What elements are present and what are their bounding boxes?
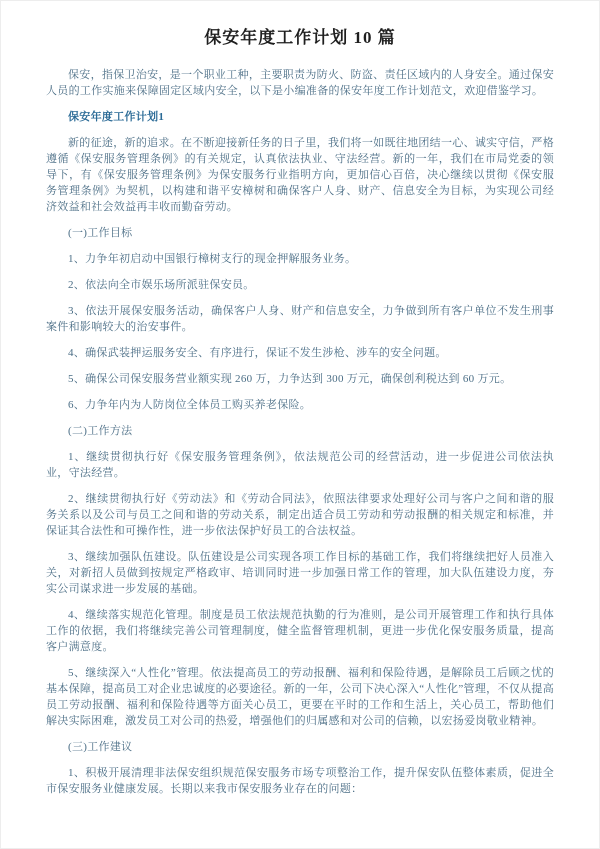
paragraph: 1、积极开展清理非法保安组织规范保安服务市场专项整治工作，提升保安队伍整体素质，… [46, 765, 554, 797]
paragraph: 1、继续贯彻执行好《保安服务管理条例》，依法规范公司的经营活动，进一步促进公司依… [46, 449, 554, 481]
paragraph: (三)工作建议 [46, 739, 554, 755]
paragraph: 4、确保武装押运服务安全、有序进行，保证不发生涉枪、涉车的安全问题。 [46, 345, 554, 361]
paragraph: 3、继续加强队伍建设。队伍建设是公司实现各项工作目标的基础工作，我们将继续把好人… [46, 549, 554, 597]
document-page: 保安年度工作计划 10 篇 保安，指保卫治安，是一个职业工种，主要职责为防火、防… [0, 0, 600, 849]
paragraph: 1、力争年初启动中国银行樟树支行的现金押解服务业务。 [46, 251, 554, 267]
paragraph: 4、继续落实规范化管理。制度是员工依法规范执勤的行为准则，是公司开展管理工作和执… [46, 607, 554, 655]
section-heading: 保安年度工作计划1 [46, 109, 554, 125]
paragraph: 5、继续深入“人性化”管理。依法提高员工的劳动报酬、福利和保险待遇，是解除员工后… [46, 665, 554, 729]
paragraph: 6、力争年内为人防岗位全体员工购买养老保险。 [46, 397, 554, 413]
paragraph: 3、依法开展保安服务活动，确保客户人身、财产和信息安全，力争做到所有客户单位不发… [46, 303, 554, 335]
paragraph: 新的征途，新的追求。在不断迎接新任务的日子里，我们将一如既往地团结一心、诚实守信… [46, 135, 554, 215]
document-body: 保安，指保卫治安，是一个职业工种，主要职责为防火、防盗、责任区域内的人身安全。通… [46, 67, 554, 797]
paragraph: 5、确保公司保安服务营业额实现 260 万，力争达到 300 万元，确保创利税达… [46, 371, 554, 387]
paragraph: 2、依法向全市娱乐场所派驻保安员。 [46, 277, 554, 293]
paragraph: (一)工作目标 [46, 225, 554, 241]
paragraph: (二)工作方法 [46, 423, 554, 439]
document-title: 保安年度工作计划 10 篇 [46, 23, 554, 48]
paragraph: 2、继续贯彻执行好《劳动法》和《劳动合同法》，依照法律要求处理好公司与客户之间和… [46, 491, 554, 539]
paragraph: 保安，指保卫治安，是一个职业工种，主要职责为防火、防盗、责任区域内的人身安全。通… [46, 67, 554, 99]
